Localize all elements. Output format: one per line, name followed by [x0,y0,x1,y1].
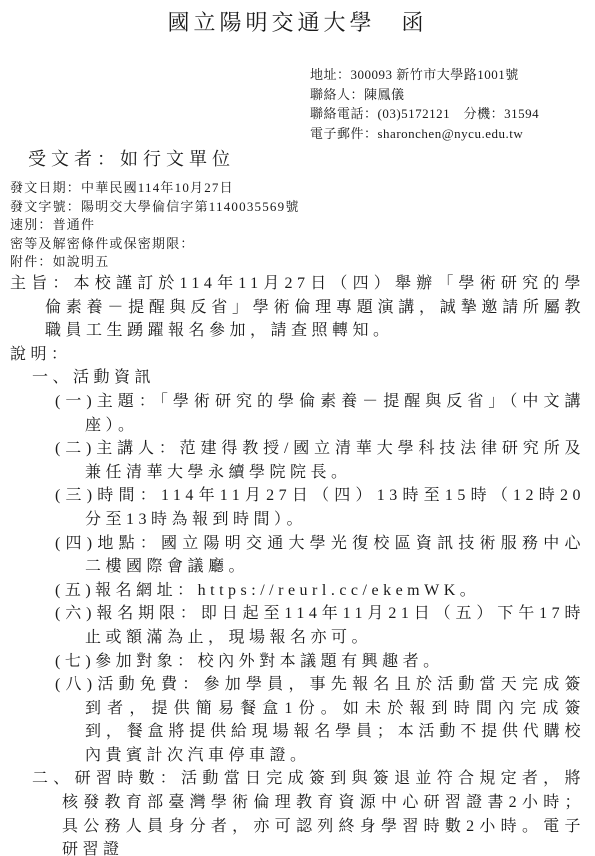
meta-priority: 速別：普通件 [10,216,300,235]
sender-phone: 聯絡電話：(03)5172121 分機：31594 [310,104,539,124]
recipient-line: 受文者：如行文單位 [28,145,235,171]
explanation-label: 說明： [10,343,585,367]
explanation-subitem-7-target-audience: (七)參加對象：校內外對本議題有興趣者。 [0,650,585,674]
explanation-subitem-2-speaker: (二)主講人：范建得教授/國立清華大學科技法律研究所及兼任清華大學永續學院院長。 [0,437,585,484]
document-title: 國立陽明交通大學 函 [0,6,595,37]
explanation-item-2-training-hours: 二、研習時數：活動當日完成簽到與簽退並符合規定者，將核發教育部臺灣學術倫理教育資… [0,767,585,856]
meta-security-classification: 密等及解密條件或保密期限： [10,235,300,254]
sender-contact-block: 地址：300093 新竹市大學路1001號 聯絡人：陳鳳儀 聯絡電話：(03)5… [310,65,539,143]
document-meta-block: 發文日期：中華民國114年10月27日 發文字號：陽明交大學倫信字第114003… [10,179,300,272]
meta-attachment: 附件：如說明五 [10,253,300,272]
subject-paragraph: 主旨：本校謹訂於114年11月27日（四）舉辦「學術研究的學倫素養－提醒與反省」… [0,272,585,343]
explanation-item-1-activity-info: 一、活動資訊 [0,366,585,390]
explanation-subitem-4-location: (四)地點：國立陽明交通大學光復校區資訊技術服務中心二樓國際會議廳。 [0,532,585,579]
sender-address: 地址：300093 新竹市大學路1001號 [310,65,539,85]
document-body: 主旨：本校謹訂於114年11月27日（四）舉辦「學術研究的學倫素養－提醒與反省」… [0,272,585,856]
explanation-subitem-5-registration-url: (五)報名網址：https://reurl.cc/ekemWK。 [0,579,585,603]
meta-issue-date: 發文日期：中華民國114年10月27日 [10,179,300,198]
meta-doc-number: 發文字號：陽明交大學倫信字第1140035569號 [10,198,300,217]
sender-email: 電子郵件：sharonchen@nycu.edu.tw [310,124,539,144]
explanation-subitem-1-topic: (一)主題：「學術研究的學倫素養－提醒與反省」（中文講座）。 [0,390,585,437]
explanation-subitem-3-time: (三)時間：114年11月27日（四）13時至15時（12時20分至13時為報到… [0,484,585,531]
sender-contact-person: 聯絡人：陳鳳儀 [310,85,539,105]
explanation-subitem-6-registration-deadline: (六)報名期限：即日起至114年11月21日（五）下午17時止或額滿為止，現場報… [0,602,585,649]
explanation-subitem-8-free-activity: (八)活動免費：參加學員，事先報名且於活動當天完成簽到者，提供簡易餐盒1份。如未… [0,673,585,767]
